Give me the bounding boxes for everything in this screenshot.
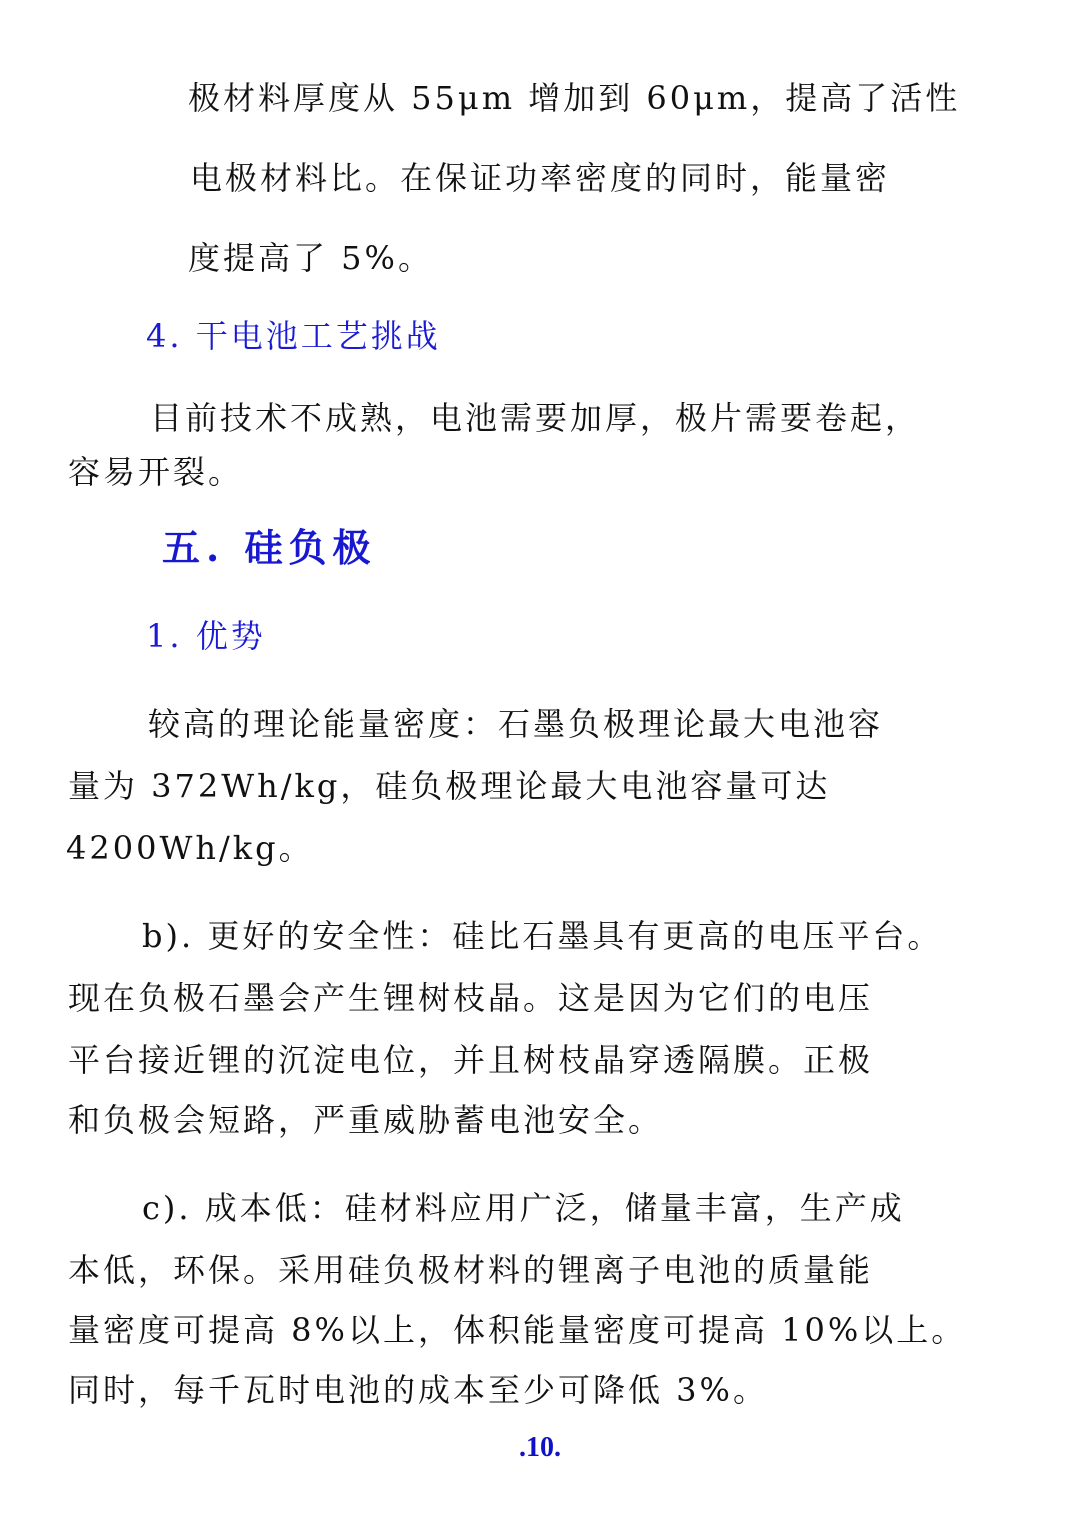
paragraph-line: 极材料厚度从 55μm 增加到 60μm，提高了活性 <box>188 78 960 118</box>
paragraph-line: 较高的理论能量密度：石墨负极理论最大电池容 <box>148 704 883 744</box>
paragraph-line: 4200Wh/kg。 <box>66 828 314 868</box>
paragraph-line: 平台接近锂的沉淀电位，并且树枝晶穿透隔膜。正极 <box>68 1040 873 1080</box>
paragraph-line: 量密度可提高 8%以上，体积能量密度可提高 10%以上。 <box>68 1310 966 1350</box>
paragraph-line: 本低，环保。采用硅负极材料的锂离子电池的质量能 <box>68 1250 873 1290</box>
paragraph-line: b). 更好的安全性：硅比石墨具有更高的电压平台。 <box>142 916 942 956</box>
section-heading: 五. 硅负极 <box>162 528 376 568</box>
page-number: .10. <box>0 1432 1080 1464</box>
subsection-heading: 4. 干电池工艺挑战 <box>146 316 441 356</box>
paragraph-line: 度提高了 5%。 <box>188 238 433 278</box>
subsection-heading: 1. 优势 <box>146 616 266 656</box>
paragraph-line: 电极材料比。在保证功率密度的同时，能量密 <box>190 158 890 198</box>
paragraph-line: 容易开裂。 <box>68 452 243 492</box>
paragraph-line: 现在负极石墨会产生锂树枝晶。这是因为它们的电压 <box>68 978 873 1018</box>
paragraph-line: c). 成本低：硅材料应用广泛，储量丰富，生产成 <box>142 1188 905 1228</box>
paragraph-line: 量为 372Wh/kg，硅负极理论最大电池容量可达 <box>68 766 830 806</box>
paragraph-line: 和负极会短路，严重威胁蓄电池安全。 <box>68 1100 663 1140</box>
paragraph-line: 同时，每千瓦时电池的成本至少可降低 3%。 <box>68 1370 768 1410</box>
paragraph-line: 目前技术不成熟，电池需要加厚，极片需要卷起， <box>150 398 920 438</box>
